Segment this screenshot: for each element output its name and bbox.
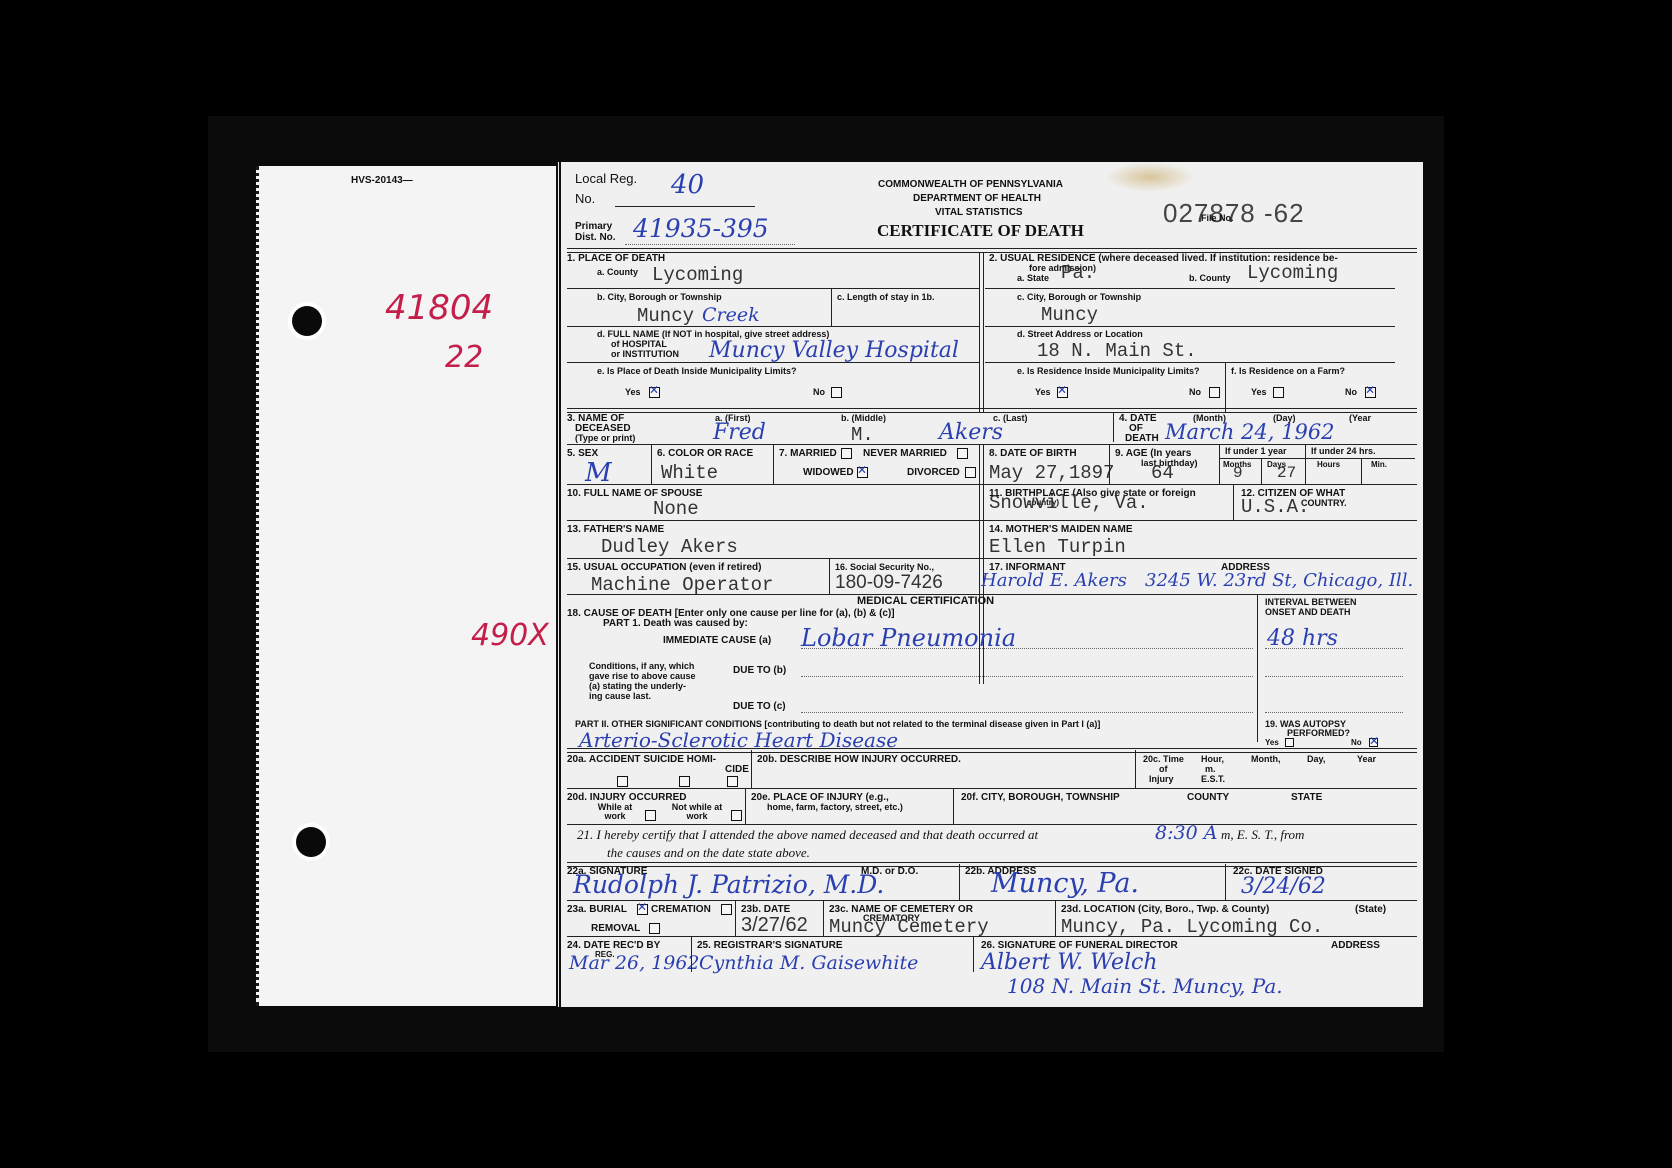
location-label: 23d. LOCATION (City, Boro., Twp. & Count… (1061, 905, 1269, 916)
death-city: Muncy (637, 305, 694, 327)
not-while-at-work-checkbox[interactable] (731, 810, 742, 821)
farm-no-checkbox[interactable] (1365, 387, 1376, 398)
registrar-label: 25. REGISTRAR'S SIGNATURE (697, 941, 843, 952)
spouse-value: None (653, 498, 699, 520)
farm-yes-checkbox[interactable] (1273, 387, 1284, 398)
burial-label: 23a. BURIAL (567, 905, 627, 916)
occupation-value: Machine Operator (591, 574, 773, 596)
days-value: 27 (1277, 464, 1296, 482)
under-1-year-label: If under 1 year (1225, 447, 1287, 456)
residence-state-label: a. State (1017, 274, 1049, 283)
injury-month-label: Month, (1251, 755, 1281, 764)
time-injury-label-3: Injury (1149, 775, 1174, 784)
first-name: Fred (713, 420, 766, 445)
file-number: 027878 -62 (1163, 198, 1305, 229)
date-of-death-label-3: DEATH (1125, 434, 1159, 445)
residence-farm-label: f. Is Residence on a Farm? (1231, 367, 1345, 376)
middle-name-label: b. (Middle) (841, 414, 886, 423)
res-limits-no-checkbox[interactable] (1209, 387, 1220, 398)
hours-label: Hours (1317, 461, 1340, 469)
physician-signature: Rudolph J. Patrizio, M.D. (573, 870, 884, 899)
autopsy-yes-checkbox[interactable] (1285, 738, 1294, 747)
homicide-checkbox[interactable] (727, 776, 738, 787)
date-of-death: March 24, 1962 (1165, 420, 1335, 444)
county-label: a. County (597, 268, 638, 277)
death-certificate: Local Reg. No. 40 Primary Dist. No. 4193… (556, 162, 1423, 1007)
due-to-c-label: DUE TO (c) (733, 702, 786, 713)
autopsy-label-2: PERFORMED? (1287, 729, 1350, 738)
removal-checkbox[interactable] (649, 923, 660, 934)
race-value: White (661, 462, 718, 484)
autopsy-yes-label: Yes (1265, 739, 1279, 747)
primary-dist-label2: Dist. No. (575, 233, 616, 244)
conditions-label-4: ing cause last. (589, 692, 651, 701)
death-inside-limits-label: e. Is Place of Death Inside Municipality… (597, 367, 797, 376)
autopsy-no-label: No (1351, 739, 1362, 747)
year-label: (Year (1349, 414, 1371, 423)
widowed-label: WIDOWED (803, 468, 854, 479)
death-city-hand: Creek (702, 304, 760, 326)
informant-address: 3245 W. 23rd St, Chicago, Ill. (1145, 570, 1413, 591)
mother-value: Ellen Turpin (989, 536, 1126, 558)
mother-label: 14. MOTHER'S MAIDEN NAME (989, 525, 1133, 536)
death-limits-yes-checkbox[interactable] (649, 387, 660, 398)
occupation-label: 15. USUAL OCCUPATION (even if retired) (567, 563, 761, 574)
cemetery-location: Muncy, Pa. Lycoming Co. (1061, 916, 1323, 938)
residence-state: Pa. (1061, 262, 1095, 284)
injury-county-label: COUNTY (1187, 793, 1229, 804)
city-label: b. City, Borough or Township (597, 293, 722, 302)
middle-name: M. (851, 424, 874, 446)
divorced-label: DIVORCED (907, 468, 960, 479)
not-while-at-work-label: Not while at work (667, 803, 727, 822)
citizen-value: U.S.A. (1241, 496, 1309, 518)
injury-year-label: Year (1357, 755, 1376, 764)
removal-label: REMOVAL (591, 924, 640, 935)
name-label-3: (Type or print) (575, 434, 635, 443)
form-code: HVS-20143— (351, 176, 413, 187)
stain (1105, 162, 1195, 192)
ssn-value: 180-09-7426 (835, 572, 943, 594)
local-reg-label: Local Reg. (575, 172, 637, 186)
local-reg-no-label: No. (575, 192, 595, 206)
residence-county-label: b. County (1189, 274, 1231, 283)
residence-county: Lycoming (1247, 262, 1338, 284)
registrar-signature: Cynthia M. Gaisewhite (699, 952, 918, 974)
punch-hole-top (292, 306, 322, 336)
cremation-label: CREMATION (651, 905, 711, 916)
dob-value: May 27,1897 (989, 462, 1114, 484)
suicide-checkbox[interactable] (679, 776, 690, 787)
married-checkbox[interactable] (841, 448, 852, 459)
while-at-work-checkbox[interactable] (645, 810, 656, 821)
injury-type-label-2: CIDE (725, 765, 749, 776)
primary-dist-label: Primary (575, 222, 612, 233)
divorced-checkbox[interactable] (965, 467, 976, 478)
residence-street-label: d. Street Address or Location (1017, 330, 1143, 339)
injury-day-label: Day, (1307, 755, 1325, 764)
funeral-director-address: 108 N. Main St. Muncy, Pa. (1007, 974, 1283, 998)
burial-checkbox[interactable] (637, 904, 648, 915)
certificate-title: CERTIFICATE OF DEATH (877, 221, 1084, 241)
last-name: Akers (939, 420, 1003, 445)
hospital-name: Muncy Valley Hospital (709, 338, 959, 363)
cremation-checkbox[interactable] (721, 904, 732, 915)
red-note-1: 41804 (385, 288, 493, 328)
res-limits-yes-label: Yes (1035, 388, 1051, 397)
death-limits-no-checkbox[interactable] (831, 387, 842, 398)
primary-dist-value: 41935-395 (633, 214, 769, 243)
agency-line-2: DEPARTMENT OF HEALTH (913, 194, 1041, 205)
place-of-death-heading: 1. PLACE OF DEATH (567, 254, 665, 265)
est-label: E.S.T. (1201, 775, 1225, 784)
residence-street: 18 N. Main St. (1037, 340, 1197, 362)
death-limits-no-label: No (813, 388, 825, 397)
location-state-label: (State) (1355, 905, 1386, 916)
date-signed: 3/24/62 (1241, 874, 1326, 899)
widowed-checkbox[interactable] (857, 467, 868, 478)
residence-city: Muncy (1041, 304, 1098, 326)
months-value: 9 (1233, 464, 1243, 482)
autopsy-no-checkbox[interactable] (1369, 738, 1378, 747)
cemetery-name: Muncy Cemetery (829, 916, 989, 938)
residence-city-label: c. City, Borough or Township (1017, 293, 1141, 302)
part-1-label: PART 1. Death was caused by: (603, 619, 748, 630)
disposition-date: 3/27/62 (741, 914, 808, 937)
farm-no-label: No (1345, 388, 1357, 397)
punch-hole-bottom (296, 827, 326, 857)
married-label: 7. MARRIED (779, 449, 837, 460)
red-note-2: 22 (445, 340, 483, 375)
injury-city-label: 20f. CITY, BOROUGH, TOWNSHIP (961, 793, 1120, 804)
local-reg-value: 40 (671, 170, 704, 200)
res-limits-no-label: No (1189, 388, 1201, 397)
hospital-label-3: or INSTITUTION (611, 350, 679, 359)
funeral-director-signature: Albert W. Welch (981, 950, 1158, 975)
certify-statement-mid: m, E. S. T., from (1221, 827, 1304, 843)
min-label: Min. (1371, 461, 1387, 469)
informant-name: Harold E. Akers (981, 570, 1127, 591)
place-of-injury-label-2: home, farm, factory, street, etc.) (767, 803, 903, 812)
funeral-address-label: ADDRESS (1331, 941, 1380, 952)
agency-line-3: VITAL STATISTICS (935, 208, 1023, 219)
never-married-label: NEVER MARRIED (863, 449, 947, 460)
death-limits-yes-label: Yes (625, 388, 641, 397)
physician-address: Muncy, Pa. (991, 868, 1139, 899)
agency-line-1: COMMONWEALTH OF PENNSYLVANIA (878, 180, 1063, 191)
age-value: 64 (1151, 462, 1174, 484)
medical-cert-heading: MEDICAL CERTIFICATION (857, 596, 994, 608)
certify-statement-2: the causes and on the date state above. (607, 845, 810, 861)
due-to-b-label: DUE TO (b) (733, 666, 786, 677)
interval-label-2: ONSET AND DEATH (1265, 608, 1351, 617)
date-recd: Mar 26, 1962 (569, 952, 700, 974)
father-label: 13. FATHER'S NAME (567, 525, 664, 536)
death-county: Lycoming (652, 264, 743, 286)
never-married-checkbox[interactable] (957, 448, 968, 459)
length-of-stay-label: c. Length of stay in 1b. (837, 293, 935, 302)
race-label: 6. COLOR OR RACE (657, 449, 753, 460)
injury-type-label: 20a. ACCIDENT SUICIDE HOMI- (567, 755, 716, 766)
father-value: Dudley Akers (601, 536, 738, 558)
accident-checkbox[interactable] (617, 776, 628, 787)
certificate-stub: HVS-20143— 41804 22 490X (256, 166, 559, 1006)
residence-limits-label: e. Is Residence Inside Municipality Limi… (1017, 367, 1200, 376)
describe-injury-label: 20b. DESCRIBE HOW INJURY OCCURRED. (757, 755, 961, 766)
red-note-3: 490X (471, 618, 549, 653)
farm-yes-label: Yes (1251, 388, 1267, 397)
while-at-work-label: While at work (589, 803, 641, 822)
certify-statement-1: 21. I hereby certify that I attended the… (577, 827, 1038, 843)
under-24-hrs-label: If under 24 hrs. (1311, 447, 1376, 456)
immediate-cause-label: IMMEDIATE CAUSE (a) (663, 636, 771, 647)
file-no-label: File No. (1201, 214, 1234, 223)
death-time: 8:30 A (1155, 822, 1217, 844)
injury-state-label: STATE (1291, 793, 1322, 804)
res-limits-yes-checkbox[interactable] (1057, 387, 1068, 398)
dob-label: 8. DATE OF BIRTH (989, 449, 1077, 460)
birthplace-value: Snowville, Va. (989, 492, 1149, 514)
